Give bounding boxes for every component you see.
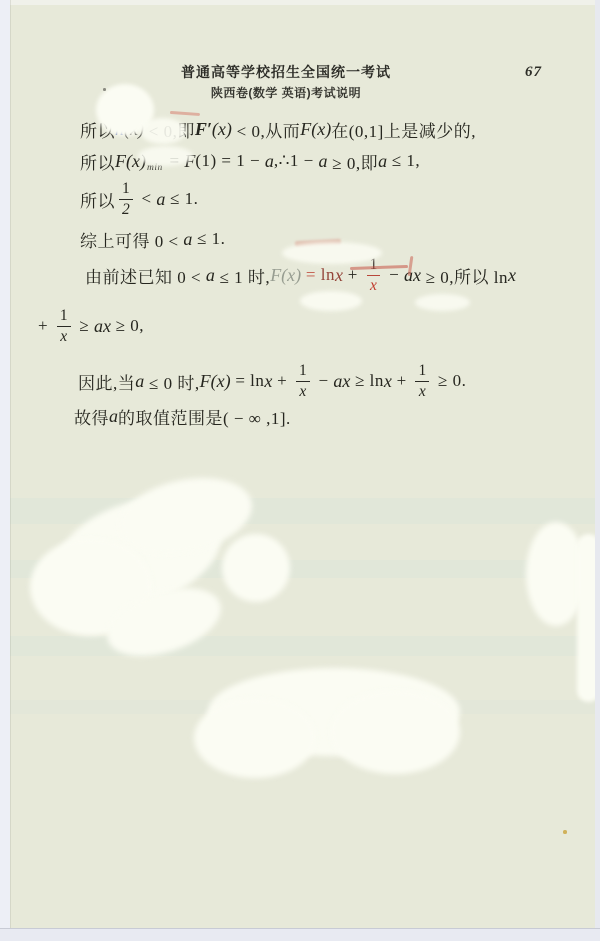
whiteout-blob (300, 291, 362, 311)
whiteout-blob-large (194, 698, 316, 778)
math-segment: a (183, 229, 192, 250)
math-segment: 所以 (80, 187, 115, 212)
math-segment: < 0,从而 (232, 117, 300, 142)
math-segment: ≥ 0, (111, 316, 144, 336)
math-segment: = ln (231, 371, 265, 391)
math-segment: − (314, 371, 334, 391)
math-segment: (1) = 1 − (195, 151, 265, 171)
math-segment: ≥ ln (350, 371, 384, 391)
math-segment: F (300, 119, 311, 140)
scan-edge-bottom (0, 928, 600, 941)
math-segment: ≤ 1, (387, 151, 420, 171)
math-segment: + (38, 316, 53, 336)
math-segment: (x) (311, 119, 331, 140)
whiteout-blob-large (222, 534, 290, 602)
math-line-8: 故得a的取值范围是( − ∞ ,1]. (74, 403, 291, 429)
scan-speck (103, 88, 106, 91)
math-segment: a (378, 151, 387, 172)
math-segment: a (135, 371, 144, 392)
math-segment: a (206, 265, 215, 286)
whiteout-blob (140, 118, 186, 144)
math-line-2: 所以F(x)min = F(1) = 1 − a,∴1 − a ≥ 0,即a ≤… (80, 148, 420, 174)
math-segment: a (156, 189, 165, 210)
math-segment: 由前述已知 0 < (85, 263, 206, 288)
math-segment: 1x (367, 256, 381, 295)
math-segment: ≥ (75, 316, 94, 336)
math-segment: x (508, 265, 516, 286)
math-segment: ≥ 0,所以 ln (421, 263, 508, 288)
scan-edge-top (0, 0, 600, 5)
math-segment: 在(0,1]上是减少的, (331, 117, 476, 142)
math-segment: ln (321, 265, 335, 285)
math-segment: ≤ 1 时, (215, 263, 270, 288)
math-segment: 12 (119, 180, 133, 219)
exam-subtitle: 陕西卷(数学 英语)考试说明 (150, 84, 422, 101)
math-segment: ax (333, 371, 350, 392)
whiteout-blob (282, 242, 382, 264)
math-line-6: + 1x ≥ ax ≥ 0, (38, 303, 144, 349)
scanned-exam-page: 普通高等学校招生全国统一考试 陕西卷(数学 英语)考试说明 67 所以h(x) … (0, 0, 600, 941)
math-segment: a (318, 151, 327, 172)
red-pen-mark (170, 111, 200, 116)
page-header: 普通高等学校招生全国统一考试 陕西卷(数学 英语)考试说明 (150, 62, 422, 101)
scan-band (0, 636, 600, 656)
math-line-3: 所以12 < a ≤ 1. (80, 177, 198, 221)
math-segment: x (335, 265, 343, 286)
math-segment: = (301, 265, 321, 285)
math-segment: < (137, 189, 157, 209)
scan-edge-right (595, 0, 600, 941)
math-segment: 所以 (80, 149, 115, 174)
math-segment: 综上可得 0 < (80, 227, 183, 252)
math-segment: + (392, 371, 412, 391)
math-segment: (x) (212, 119, 232, 140)
page-number: 67 (525, 64, 542, 81)
whiteout-blob-large (330, 690, 460, 774)
math-segment: F(x) (200, 371, 231, 392)
exam-title: 普通高等学校招生全国统一考试 (150, 62, 422, 82)
math-segment: 1x (296, 362, 310, 401)
math-line-7: 因此,当a ≤ 0 时,F(x) = lnx + 1x − ax ≥ lnx +… (78, 358, 466, 404)
math-segment: F(x) (270, 265, 301, 286)
whiteout-blob (138, 146, 193, 166)
scan-edge-left (0, 0, 10, 941)
math-segment: 故得 (74, 404, 109, 429)
math-segment: F′ (195, 119, 212, 140)
math-segment: ≥ 0. (433, 371, 466, 391)
scan-speck (563, 830, 567, 834)
math-segment: 因此,当 (78, 369, 135, 394)
math-segment: ≥ 0,即 (327, 149, 378, 174)
math-segment: 的取值范围是( − ∞ ,1]. (118, 404, 291, 429)
math-segment: ≤ 0 时, (144, 369, 199, 394)
math-segment: x (264, 371, 272, 392)
math-segment: x (384, 371, 392, 392)
math-segment: ≤ 1. (192, 229, 225, 249)
math-segment: ax (94, 316, 111, 337)
math-segment: ,∴1 − (274, 151, 319, 171)
math-segment: ≤ 1. (165, 189, 198, 209)
math-segment: F (115, 151, 126, 172)
math-segment: + (272, 371, 292, 391)
math-segment: 1x (415, 362, 429, 401)
math-line-4: 综上可得 0 < a ≤ 1. (80, 226, 225, 252)
math-segment: 1x (57, 307, 71, 346)
whiteout-blob (415, 294, 470, 311)
math-segment: a (265, 151, 274, 172)
math-segment: a (109, 406, 118, 427)
